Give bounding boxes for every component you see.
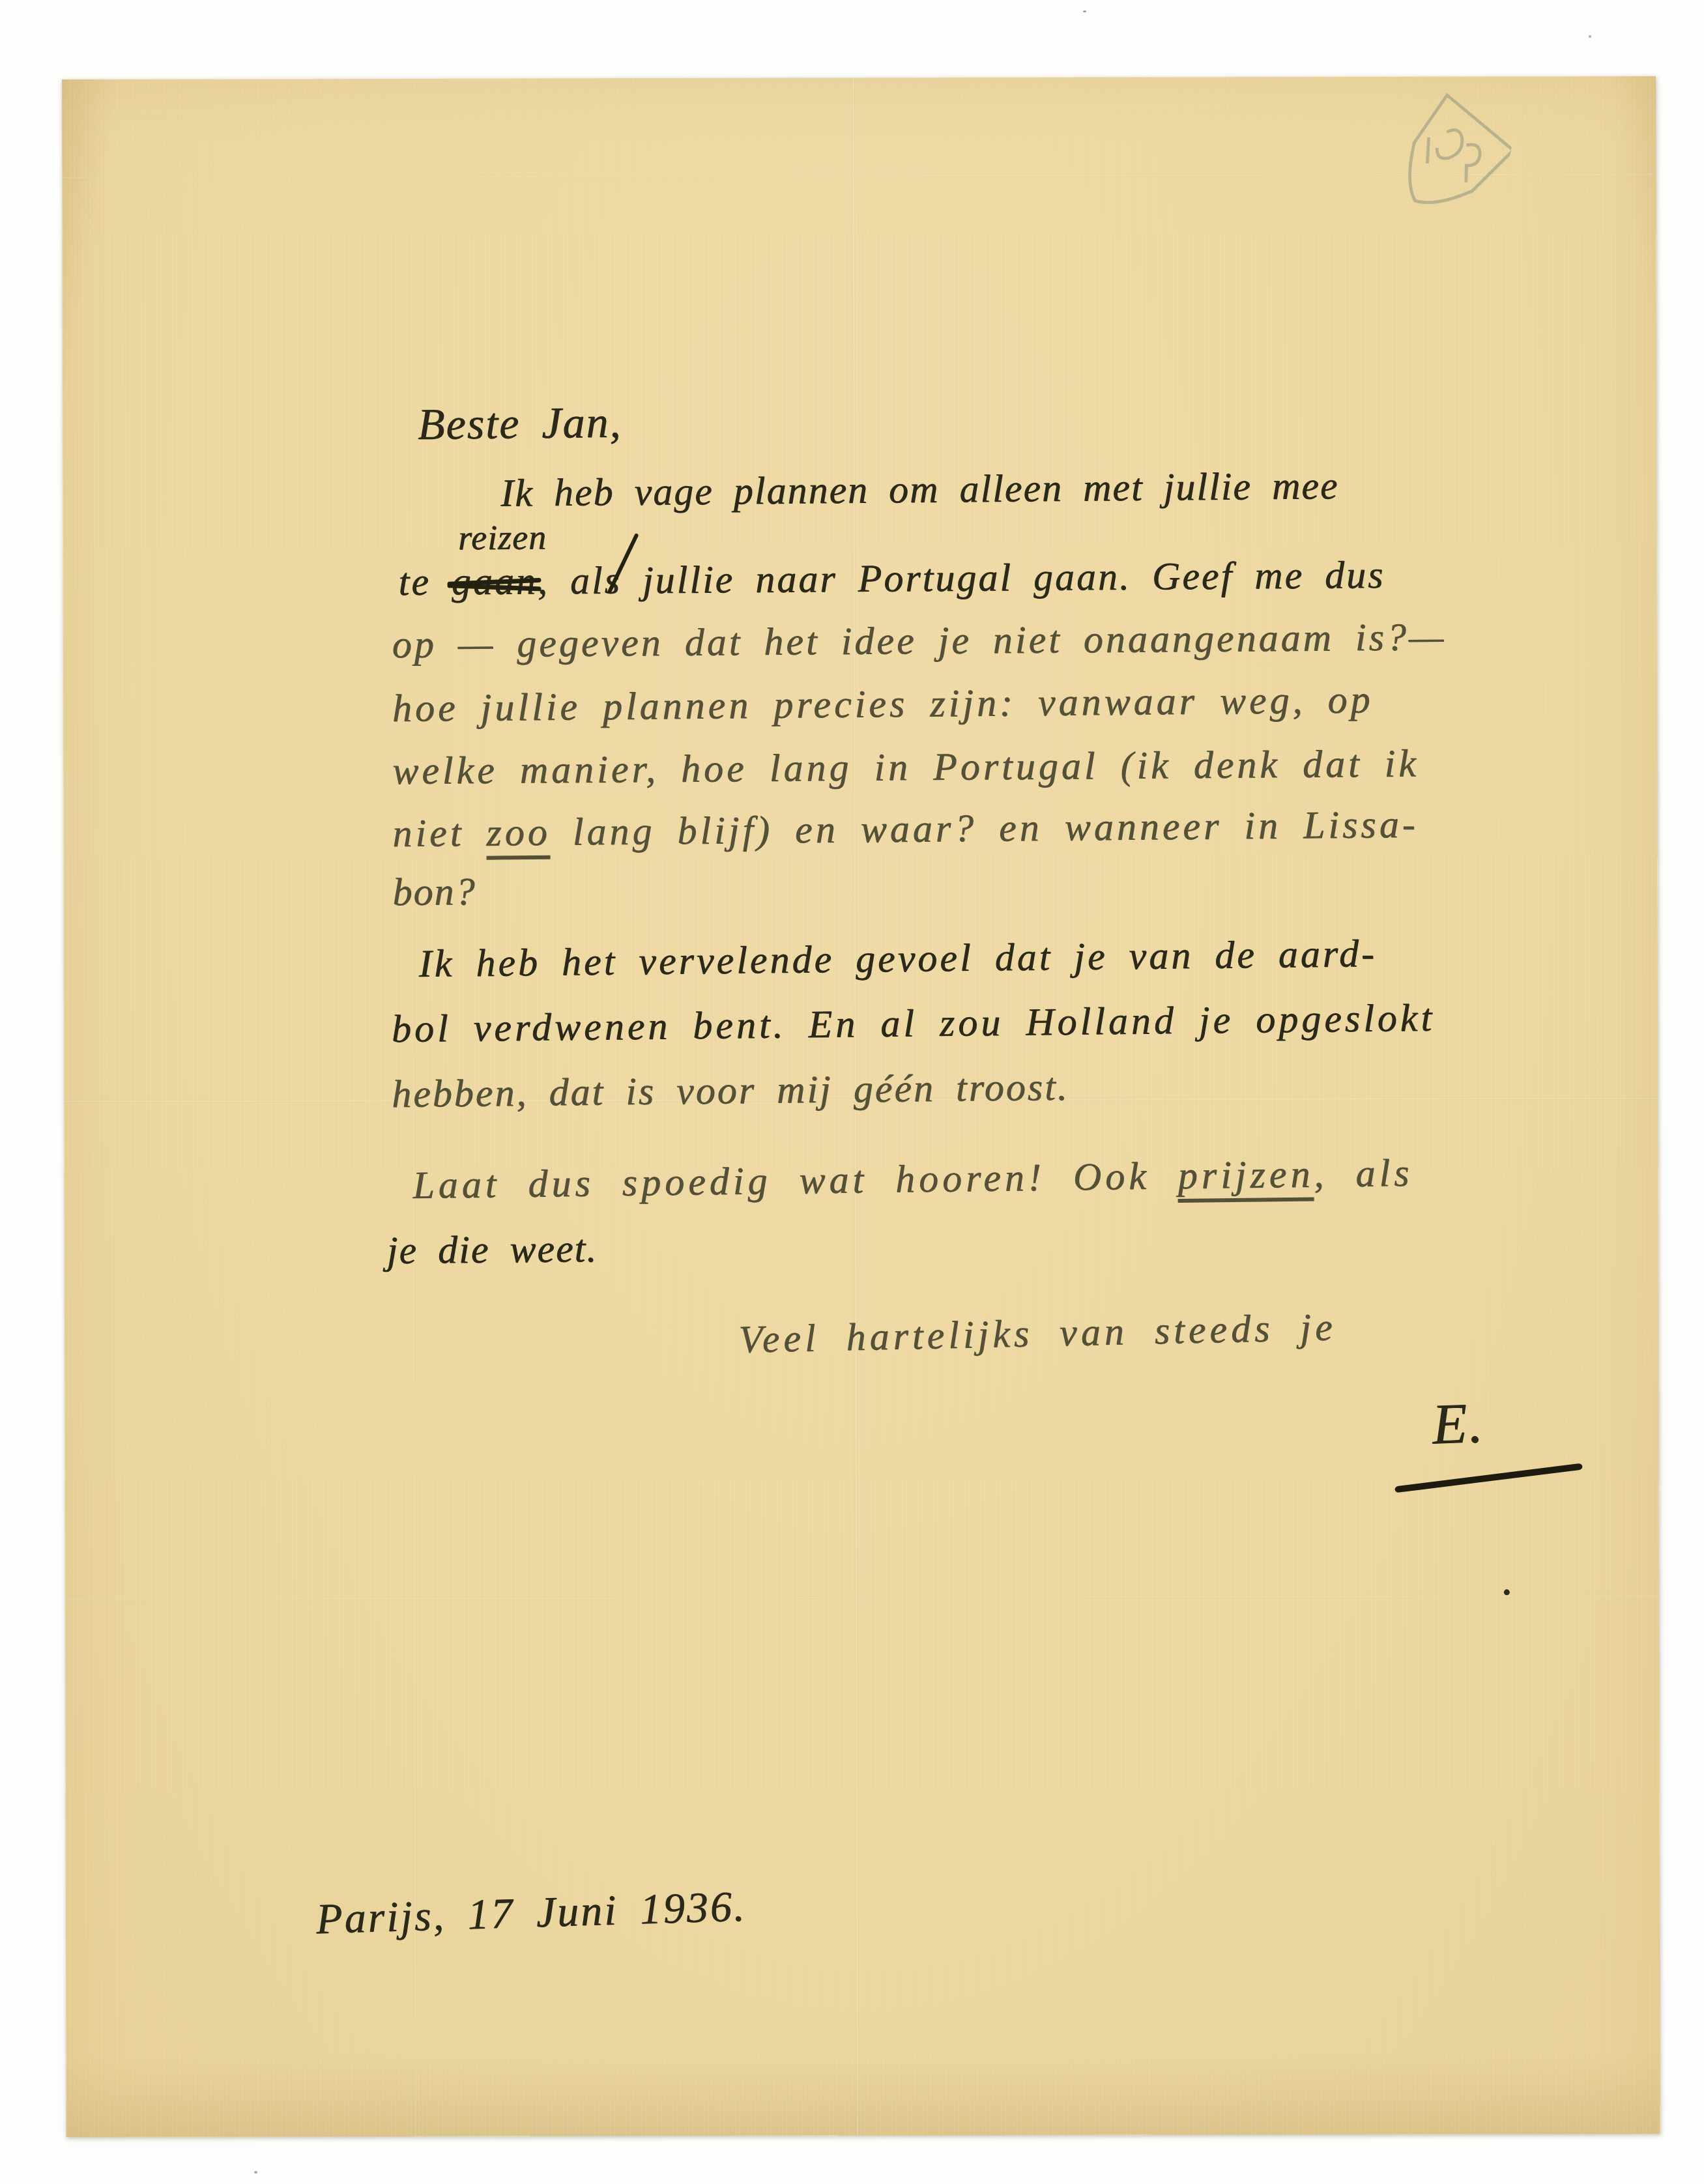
text-segment: te: [398, 560, 452, 603]
dust-speck: [254, 2171, 257, 2174]
text-segment: niet: [392, 811, 487, 855]
fold-crease-vertical-left: [412, 1056, 417, 2136]
body-line: bon?: [392, 872, 476, 912]
text-segment: , als jullie naar Portugal gaan. Geef me…: [538, 553, 1385, 603]
struck-word: gaan: [452, 561, 538, 601]
fold-crease-horizontal-lower: [65, 1594, 1659, 1601]
text-segment: , als: [1314, 1151, 1413, 1196]
body-line: hoe jullie plannen precies zijn: vanwaar…: [392, 680, 1374, 728]
text-segment: Laat dus spoedig wat hooren! Ook: [412, 1154, 1178, 1207]
signature: E.: [1431, 1395, 1485, 1454]
inserted-word: reizen: [458, 519, 547, 555]
salutation-line: Beste Jan,: [417, 399, 622, 446]
scan-background: { "colors": { "paper": "#ecd7a0", "backg…: [0, 0, 1704, 2184]
text-segment: lang blijf) en waar? en wanneer in Lissa…: [550, 803, 1419, 854]
body-line: Ik heb het vervelende gevoel dat je van …: [418, 934, 1377, 983]
closing-line: Veel hartelijks van steeds je: [738, 1307, 1336, 1359]
dust-speck: [1589, 35, 1591, 38]
body-line: hebben, dat is voor mij géén troost.: [392, 1067, 1069, 1114]
underlined-word: prijzen: [1177, 1153, 1314, 1203]
shield-stamp-icon: [1381, 85, 1519, 233]
body-line: bol verdwenen bent. En al zou Holland je…: [391, 998, 1435, 1048]
date-line: Parijs, 17 Juni 1936.: [315, 1885, 747, 1941]
underlined-word: zoo: [486, 811, 551, 860]
body-line: Ik heb vage plannen om alleen met jullie…: [500, 466, 1339, 513]
body-line-with-insertion: te gaan, als jullie naar Portugal gaan. …: [398, 555, 1385, 601]
signature-dot: [1504, 1589, 1510, 1595]
archive-stamp: [1381, 85, 1519, 233]
signature-underline: [1394, 1463, 1583, 1493]
dust-speck: [1083, 10, 1086, 12]
body-line: je die weet.: [386, 1229, 598, 1270]
body-line: op — gegeven dat het idee je niet onaang…: [392, 617, 1446, 664]
body-line: welke manier, hoe lang in Portugal (ik d…: [392, 743, 1419, 790]
letter-paper: Beste Jan, Ik heb vage plannen om alleen…: [62, 76, 1660, 2137]
body-line: niet zoo lang blijf) en waar? en wanneer…: [392, 805, 1419, 853]
body-line: Laat dus spoedig wat hooren! Ook prijzen…: [412, 1153, 1413, 1205]
